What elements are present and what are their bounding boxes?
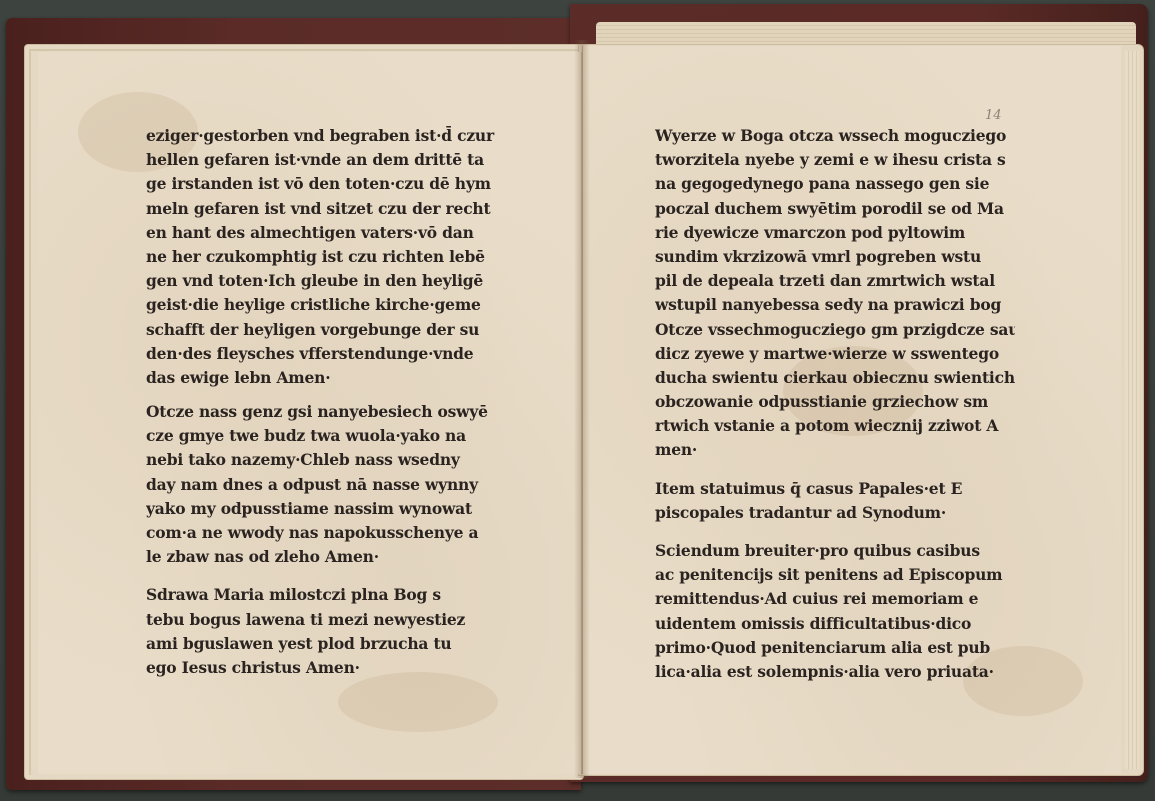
- text-line: den·des fleysches vfferstendunge·vnde: [146, 342, 516, 366]
- text-line: ami bguslawen yest plod brzucha tu: [146, 632, 516, 656]
- paragraph-gap: [655, 525, 1015, 539]
- text-line: day nam dnes a odpust nā nasse wynny: [146, 473, 516, 497]
- text-line: eziger·gestorben vnd begraben ist·d̄ czu…: [146, 124, 516, 148]
- paragraph-german-creed-ending: eziger·gestorben vnd begraben ist·d̄ czu…: [146, 124, 516, 390]
- paper-stain: [338, 672, 498, 732]
- text-line: rtwich vstanie a potom wiecznij zziwot A: [655, 414, 1015, 438]
- paragraph-latin-statute: Item statuimus q̄ casus Papales·et E pis…: [655, 477, 1015, 525]
- text-line: Wyerze w Boga otcza wssech mogucziego: [655, 124, 1015, 148]
- text-line: ac penitencijs sit penitens ad Episcopum: [655, 563, 1015, 587]
- text-line: poczal duchem swyētim porodil se od Ma: [655, 197, 1015, 221]
- text-line: remittendus·Ad cuius rei memoriam e: [655, 587, 1015, 611]
- text-line: tworzitela nyebe y zemi e w ihesu crista…: [655, 148, 1015, 172]
- text-line: men·: [655, 438, 1015, 462]
- text-line: com·a ne wwody nas napokusschenye a: [146, 521, 516, 545]
- text-line: ducha swientu cierkau obiecznu swientich: [655, 366, 1015, 390]
- text-line: obczowanie odpusstianie grziechow sm: [655, 390, 1015, 414]
- text-line: uidentem omissis difficultatibus·dico: [655, 612, 1015, 636]
- text-line: ego Iesus christus Amen·: [146, 656, 516, 680]
- text-line: gen vnd toten·Ich gleube in den heyligē: [146, 269, 516, 293]
- paragraph-czech-hail-mary: Sdrawa Maria milostczi plna Bog s tebu b…: [146, 583, 516, 680]
- text-line: dicz zyewe y martwe·wierze w sswentego: [655, 342, 1015, 366]
- paragraph-gap: [146, 390, 516, 400]
- text-line: piscopales tradantur ad Synodum·: [655, 501, 1015, 525]
- text-line: schafft der heyligen vorgebunge der su: [146, 318, 516, 342]
- text-line: nebi tako nazemy·Chleb nass wsedny: [146, 448, 516, 472]
- text-line: sundim vkrzizowā vmrl pogreben wstu: [655, 245, 1015, 269]
- left-page-text: eziger·gestorben vnd begraben ist·d̄ czu…: [146, 124, 516, 680]
- text-line: Otcze vssechmogucziego gm przigdcze sau: [655, 318, 1015, 342]
- folio-number: 14: [985, 108, 1002, 123]
- text-line: Sdrawa Maria milostczi plna Bog s: [146, 583, 516, 607]
- text-line: Item statuimus q̄ casus Papales·et E: [655, 477, 1015, 501]
- text-line: na gegogedynego pana nassego gen sie: [655, 172, 1015, 196]
- text-line: rie dyewicze vmarczon pod pyltowim: [655, 221, 1015, 245]
- text-line: le zbaw nas od zleho Amen·: [146, 545, 516, 569]
- paragraph-latin-penance: Sciendum breuiter·pro quibus casibus ac …: [655, 539, 1015, 684]
- text-line: primo·Quod penitenciarum alia est pub: [655, 636, 1015, 660]
- text-line: tebu bogus lawena ti mezi newyestiez: [146, 608, 516, 632]
- paragraph-czech-lords-prayer: Otcze nass genz gsi nanyebesiech oswyē c…: [146, 400, 516, 569]
- text-line: Sciendum breuiter·pro quibus casibus: [655, 539, 1015, 563]
- paragraph-gap: [655, 463, 1015, 477]
- text-line: das ewige lebn Amen·: [146, 366, 516, 390]
- paragraph-polish-creed: Wyerze w Boga otcza wssech mogucziego tw…: [655, 124, 1015, 463]
- text-line: geist·die heylige cristliche kirche·geme: [146, 293, 516, 317]
- text-line: en hant des almechtigen vaters·vō dan: [146, 221, 516, 245]
- text-line: lica·alia est solempnis·alia vero priuat…: [655, 660, 1015, 684]
- paragraph-gap: [146, 569, 516, 583]
- text-line: pil de depeala trzeti dan zmrtwich wstal: [655, 269, 1015, 293]
- right-page-text: Wyerze w Boga otcza wssech mogucziego tw…: [655, 124, 1015, 684]
- text-line: meln gefaren ist vnd sitzet czu der rech…: [146, 197, 516, 221]
- text-line: Otcze nass genz gsi nanyebesiech oswyē: [146, 400, 516, 424]
- text-line: cze gmye twe budz twa wuola·yako na: [146, 424, 516, 448]
- text-line: wstupil nanyebessa sedy na prawiczi bog: [655, 293, 1015, 317]
- text-line: hellen gefaren ist·vnde an dem drittē ta: [146, 148, 516, 172]
- text-line: ge irstanden ist vō den toten·czu dē hym: [146, 172, 516, 196]
- text-line: ne her czukomphtig ist czu richten lebē: [146, 245, 516, 269]
- text-line: yako my odpusstiame nassim wynowat: [146, 497, 516, 521]
